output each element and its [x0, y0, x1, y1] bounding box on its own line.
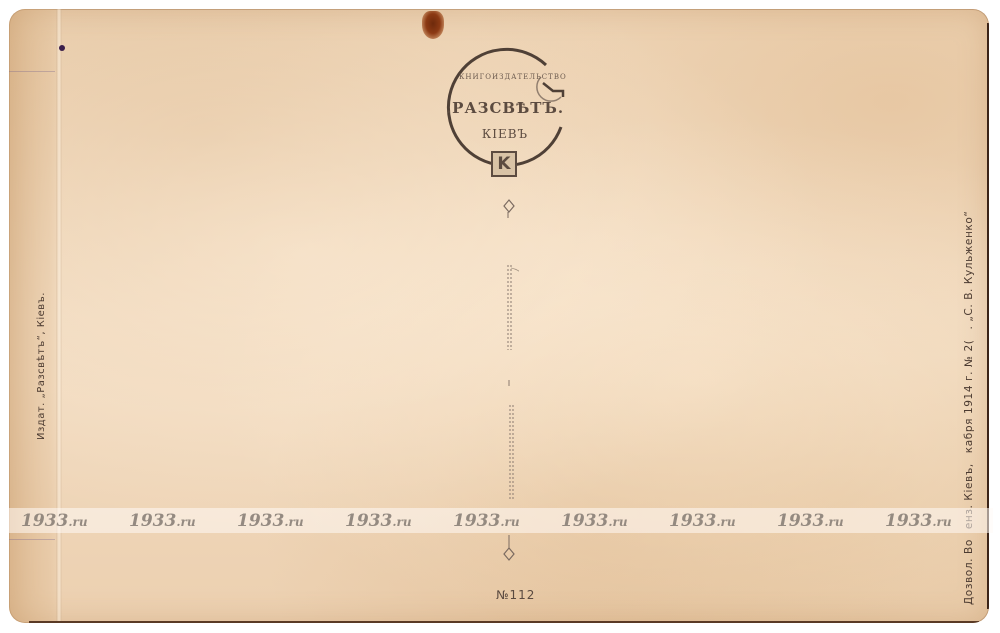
watermark-suffix: .ru [176, 515, 195, 529]
watermark-text: 1933.ru [765, 511, 873, 531]
publisher-logo: K [491, 151, 517, 177]
watermark-suffix: .ru [824, 515, 843, 529]
watermark-text: 1933.ru [333, 511, 441, 531]
watermark-text: 1933.ru [873, 511, 981, 531]
watermark-text: 1933.ru [657, 511, 765, 531]
watermark-text: 1933.ru [549, 511, 657, 531]
watermark-number: 1933 [885, 511, 932, 531]
watermark-number: 1933 [777, 511, 824, 531]
publisher-stamp: КНИГОИЗДАТЕЛЬСТВО .РАЗСВѢТЪ. КІЕВЪ K [441, 47, 569, 175]
watermark-text: 1933.ru [117, 511, 225, 531]
watermark-suffix: .ru [392, 515, 411, 529]
censorship-text-part: . „С. В. Кульженко“ [963, 211, 975, 330]
watermark-number: 1933 [345, 511, 392, 531]
censorship-text-part: Дозвол. Во [963, 539, 975, 605]
stamp-top-text: КНИГОИЗДАТЕЛЬСТВО [459, 73, 551, 81]
watermark-number: 1933 [561, 511, 608, 531]
watermark-number: 1933 [129, 511, 176, 531]
publisher-imprint: Издат. „Разсвѣтъ“, Кіевъ. [36, 292, 47, 440]
watermark-suffix: .ru [68, 515, 87, 529]
watermark-number: 1933 [669, 511, 716, 531]
postcard-scan: КНИГОИЗДАТЕЛЬСТВО .РАЗСВѢТЪ. КІЕВЪ K Изд… [0, 0, 1000, 633]
watermark-suffix: .ru [608, 515, 627, 529]
watermark-number: 1933 [237, 511, 284, 531]
watermark-text: 1933.ru [9, 511, 117, 531]
censorship-imprint: Дозвол. Военз. Кіевъ,кабря 1914 г. № 2(.… [963, 211, 975, 605]
watermark-text: 1933.ru [441, 511, 549, 531]
pencil-mark [9, 71, 55, 72]
watermark-suffix: .ru [284, 515, 303, 529]
watermark-number: 1933 [453, 511, 500, 531]
watermark-suffix: .ru [716, 515, 735, 529]
stamp-city: КІЕВЪ [445, 127, 565, 141]
ink-spot [59, 45, 65, 51]
card-edge [29, 621, 979, 623]
catalog-number: №112 [496, 588, 535, 602]
pencil-mark [9, 539, 55, 540]
watermark-suffix: .ru [500, 515, 519, 529]
stamp-publisher-name: .РАЗСВѢТЪ. [445, 99, 565, 117]
watermark-number: 1933 [21, 511, 68, 531]
watermark-band: 1933.ru1933.ru1933.ru1933.ru1933.ru1933.… [9, 508, 993, 533]
watermark-suffix: .ru [932, 515, 951, 529]
watermark-text: 1933.ru [225, 511, 333, 531]
censorship-text-part: кабря 1914 г. № 2( [963, 340, 975, 454]
rust-stain [422, 11, 444, 39]
